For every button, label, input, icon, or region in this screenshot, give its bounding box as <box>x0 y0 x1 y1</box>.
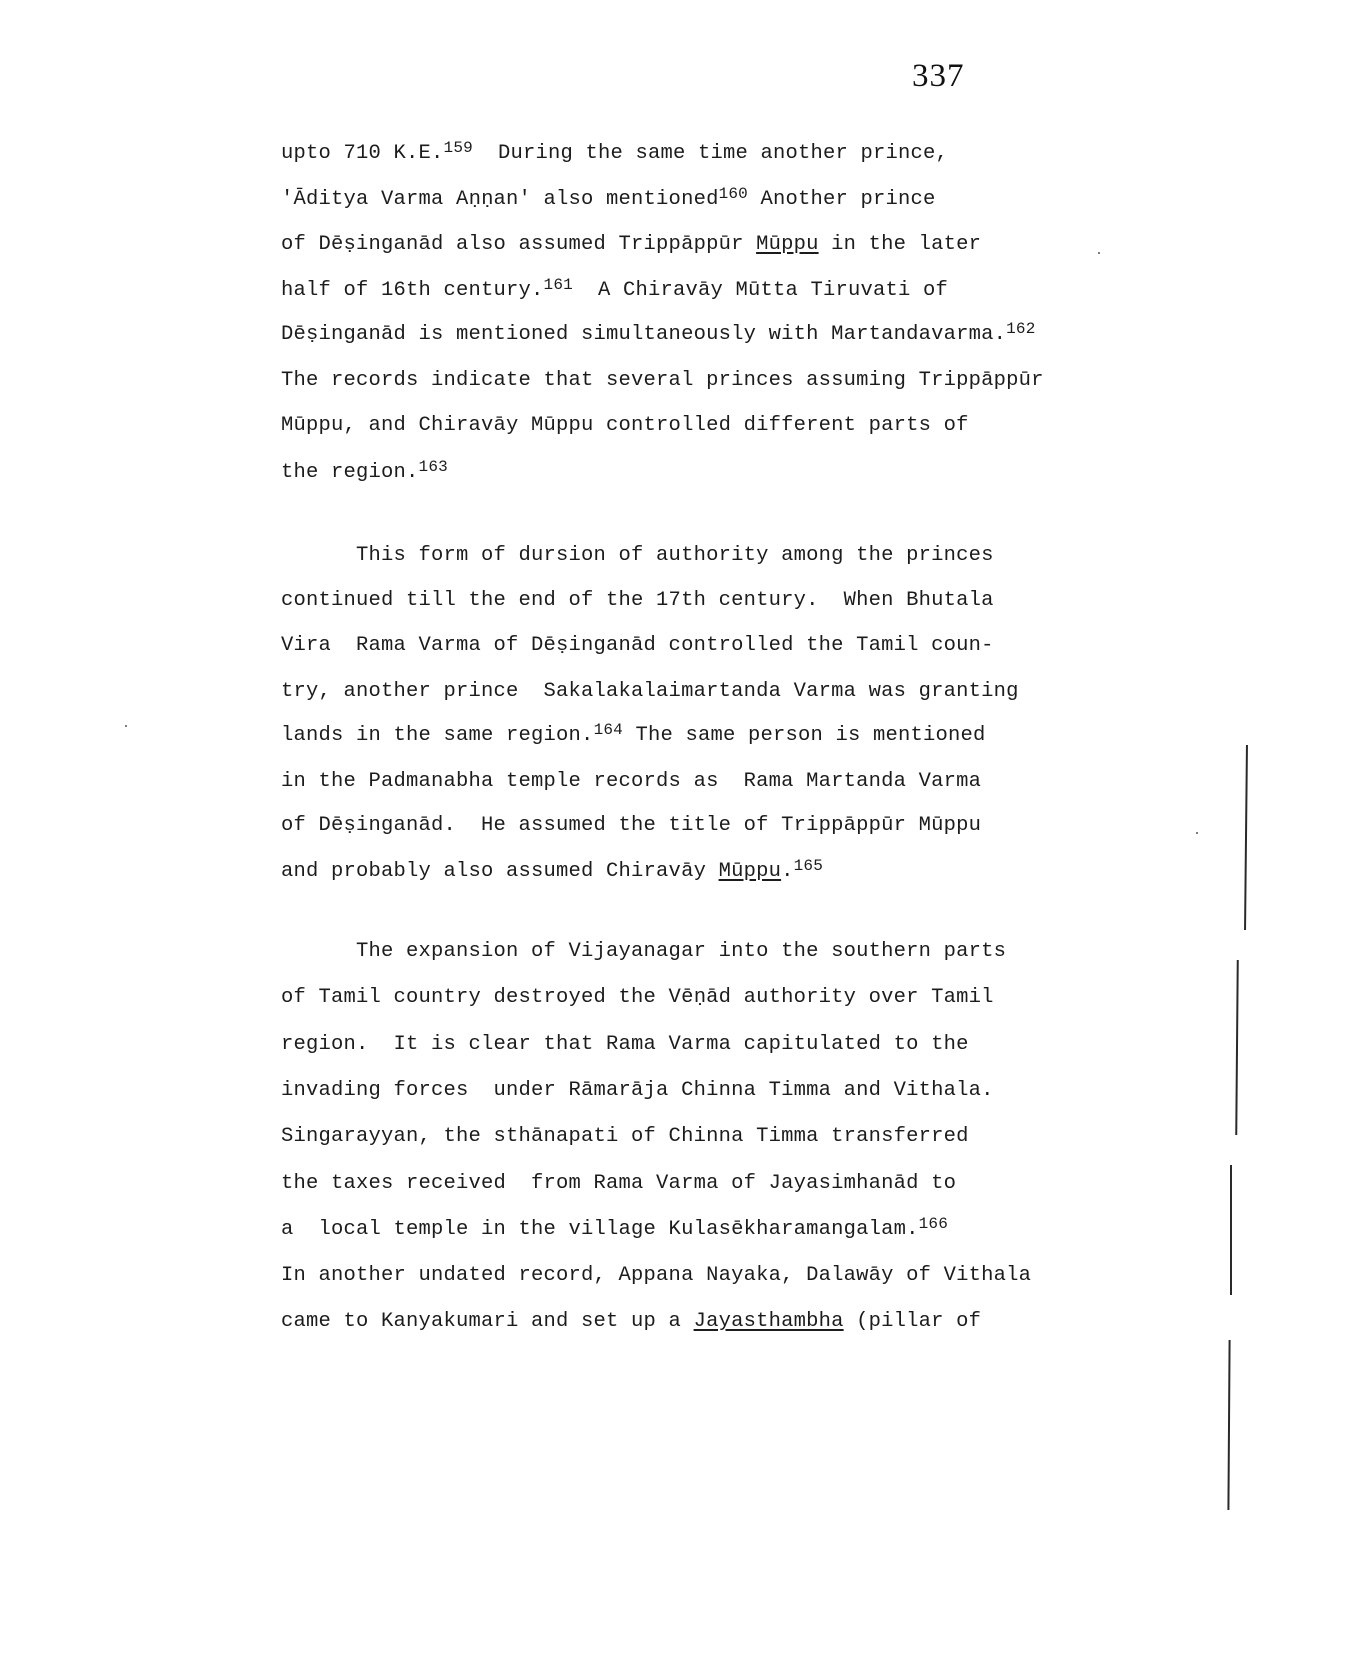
text-run: in the Padmanabha temple records as Rama… <box>281 770 981 793</box>
text-run: Vira Rama Varma of Dēṣinganād controlled… <box>281 634 994 657</box>
text-run: (pillar of <box>844 1310 982 1333</box>
text-line: of Tamil country destroyed the Vēṇād aut… <box>281 986 994 1010</box>
text-line: half of 16th century.161 A Chiravāy Mūtt… <box>281 279 948 303</box>
text-run: came to Kanyakumari and set up a <box>281 1310 694 1333</box>
scan-speck <box>125 725 127 727</box>
text-line: the taxes received from Rama Varma of Ja… <box>281 1172 956 1196</box>
text-run: of Dēṣinganād also assumed Trippāppūr <box>281 233 756 256</box>
scan-margin-line <box>1235 960 1238 1135</box>
footnote-marker: 159 <box>444 139 473 157</box>
text-run: try, another prince Sakalakalaimartanda … <box>281 680 1019 703</box>
text-run: The records indicate that several prince… <box>281 369 1044 392</box>
scan-margin-line <box>1244 745 1247 930</box>
text-line: in the Padmanabha temple records as Rama… <box>281 770 981 794</box>
text-line: lands in the same region.164 The same pe… <box>281 724 986 748</box>
text-run: the taxes received from Rama Varma of Ja… <box>281 1172 956 1195</box>
text-line: 'Āditya Varma Aṇṇan' also mentioned160 A… <box>281 188 936 212</box>
text-line: upto 710 K.E.159 During the same time an… <box>281 142 948 166</box>
text-run: half of 16th century. <box>281 279 544 302</box>
text-run: This form of dursion of authority among … <box>281 544 994 567</box>
text-line: region. It is clear that Rama Varma capi… <box>281 1033 969 1057</box>
text-line: Vira Rama Varma of Dēṣinganād controlled… <box>281 634 994 658</box>
footnote-marker: 166 <box>919 1215 948 1233</box>
text-run: and probably also assumed Chiravāy <box>281 860 719 883</box>
text-run: upto 710 K.E. <box>281 142 444 165</box>
footnote-marker: 163 <box>419 458 448 476</box>
footnote-marker: 161 <box>544 276 573 294</box>
footnote-marker: 164 <box>594 721 623 739</box>
text-run: In another undated record, Appana Nayaka… <box>281 1264 1031 1287</box>
page-number: 337 <box>912 58 965 95</box>
text-line: In another undated record, Appana Nayaka… <box>281 1264 1031 1288</box>
text-run: Dēṣinganād is mentioned simultaneously w… <box>281 323 1006 346</box>
text-line: of Dēṣinganād also assumed Trippāppūr Mū… <box>281 233 981 257</box>
text-line: try, another prince Sakalakalaimartanda … <box>281 680 1019 704</box>
text-run: of Dēṣinganād. He assumed the title of T… <box>281 814 981 837</box>
text-run: The expansion of Vijayanagar into the so… <box>281 940 1006 963</box>
text-run: 'Āditya Varma Aṇṇan' also mentioned <box>281 188 719 211</box>
text-run: A Chiravāy Mūtta Tiruvati of <box>573 279 948 302</box>
text-run: . <box>781 860 794 883</box>
scan-margin-line <box>1230 1165 1232 1295</box>
text-line: and probably also assumed Chiravāy Mūppu… <box>281 860 823 884</box>
text-line: Mūppu, and Chiravāy Mūppu controlled dif… <box>281 414 969 438</box>
text-run: Mūppu, and Chiravāy Mūppu controlled dif… <box>281 414 969 437</box>
scan-speck <box>1098 252 1100 254</box>
text-run: in the later <box>819 233 982 256</box>
underlined-term: Jayasthambha <box>694 1310 844 1333</box>
text-line: This form of dursion of authority among … <box>281 544 994 568</box>
text-line: The records indicate that several prince… <box>281 369 1044 393</box>
footnote-marker: 165 <box>794 857 823 875</box>
text-run: continued till the end of the 17th centu… <box>281 589 994 612</box>
text-run: invading forces under Rāmarāja Chinna Ti… <box>281 1079 994 1102</box>
text-run: Singarayyan, the sthānapati of Chinna Ti… <box>281 1125 969 1148</box>
text-run: of Tamil country destroyed the Vēṇād aut… <box>281 986 994 1009</box>
text-line: a local temple in the village Kulasēkhar… <box>281 1218 948 1242</box>
text-line: The expansion of Vijayanagar into the so… <box>281 940 1006 964</box>
text-line: came to Kanyakumari and set up a Jayasth… <box>281 1310 981 1334</box>
underlined-term: Mūppu <box>719 860 782 883</box>
text-line: continued till the end of the 17th centu… <box>281 589 994 613</box>
text-run: lands in the same region. <box>281 724 594 747</box>
text-run: Another prince <box>748 188 936 211</box>
text-run: a local temple in the village Kulasēkhar… <box>281 1218 919 1241</box>
underlined-term: Mūppu <box>756 233 819 256</box>
text-line: Dēṣinganād is mentioned simultaneously w… <box>281 323 1036 347</box>
text-run: During the same time another prince, <box>473 142 948 165</box>
text-line: of Dēṣinganād. He assumed the title of T… <box>281 814 981 838</box>
footnote-marker: 162 <box>1006 320 1035 338</box>
document-page: 337 upto 710 K.E.159 During the same tim… <box>0 0 1345 1669</box>
text-line: Singarayyan, the sthānapati of Chinna Ti… <box>281 1125 969 1149</box>
scan-margin-line <box>1227 1340 1230 1510</box>
text-line: the region.163 <box>281 461 448 485</box>
text-run: the region. <box>281 461 419 484</box>
text-run: region. It is clear that Rama Varma capi… <box>281 1033 969 1056</box>
scan-speck <box>1196 832 1198 834</box>
text-line: invading forces under Rāmarāja Chinna Ti… <box>281 1079 994 1103</box>
text-run: The same person is mentioned <box>623 724 986 747</box>
footnote-marker: 160 <box>719 185 748 203</box>
